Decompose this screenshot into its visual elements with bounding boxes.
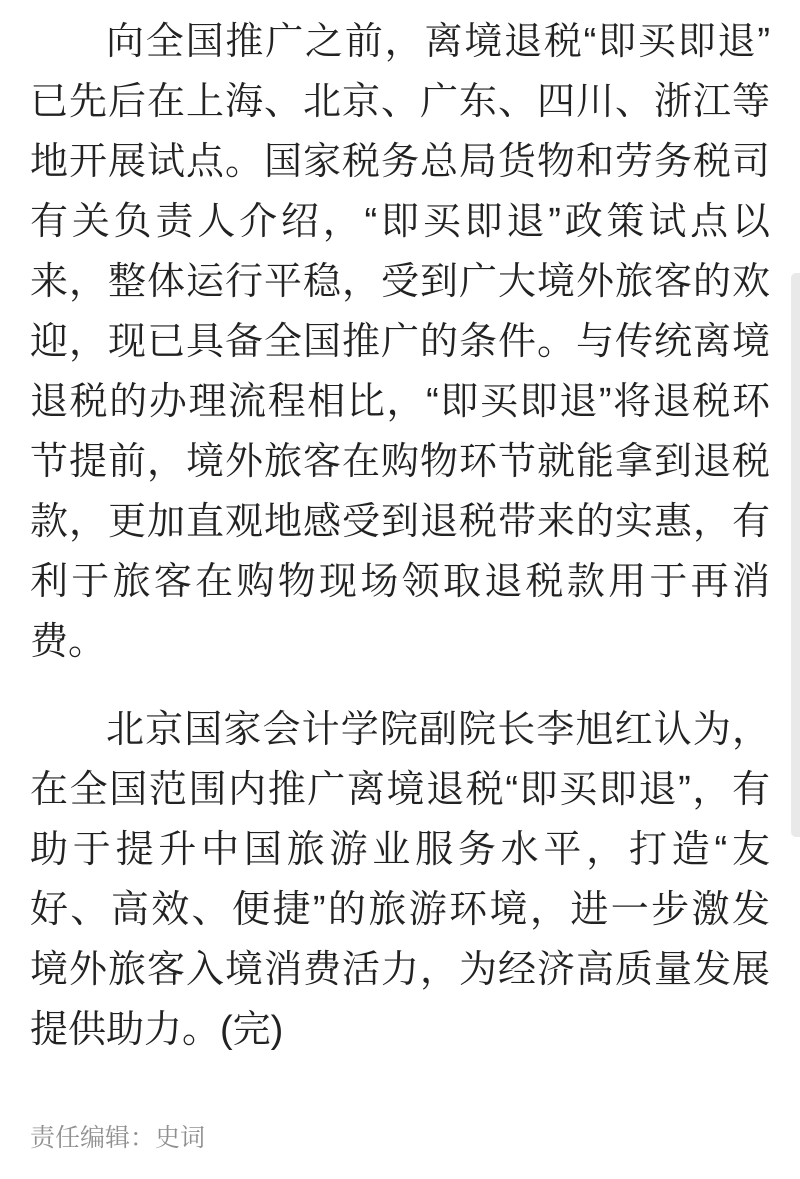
text-line: 境外旅客入境消费活力，为经济高质量发展 bbox=[30, 940, 770, 1000]
text-line: 好、高效、便捷”的旅游环境，进一步激发 bbox=[30, 880, 770, 940]
scrollbar-thumb[interactable] bbox=[791, 273, 800, 837]
article-body: 向全国推广之前，离境退税“即买即退”已先后在上海、北京、广东、四川、浙江等地开展… bbox=[30, 12, 770, 1060]
text-line: 地开展试点。国家税务总局货物和劳务税司 bbox=[30, 132, 770, 192]
text-line: 节提前，境外旅客在购物环节就能拿到退税 bbox=[30, 432, 770, 492]
text-line: 在全国范围内推广离境退税“即买即退”，有 bbox=[30, 760, 770, 820]
paragraph: 向全国推广之前，离境退税“即买即退”已先后在上海、北京、广东、四川、浙江等地开展… bbox=[30, 12, 770, 672]
text-line: 北京国家会计学院副院长李旭红认为， bbox=[30, 700, 770, 760]
text-line: 退税的办理流程相比，“即买即退”将退税环 bbox=[30, 372, 770, 432]
text-line: 已先后在上海、北京、广东、四川、浙江等 bbox=[30, 72, 770, 132]
editor-credit: 责任编辑：史词 bbox=[30, 1121, 205, 1155]
text-line: 款，更加直观地感受到退税带来的实惠，有 bbox=[30, 492, 770, 552]
text-line: 费。 bbox=[30, 612, 770, 672]
text-line: 提供助力。(完) bbox=[30, 1000, 770, 1060]
paragraph: 北京国家会计学院副院长李旭红认为，在全国范围内推广离境退税“即买即退”，有助于提… bbox=[30, 700, 770, 1060]
text-line: 向全国推广之前，离境退税“即买即退” bbox=[30, 12, 770, 72]
text-line: 利于旅客在购物现场领取退税款用于再消 bbox=[30, 552, 770, 612]
text-line: 助于提升中国旅游业服务水平，打造“友 bbox=[30, 820, 770, 880]
text-line: 有关负责人介绍，“即买即退”政策试点以 bbox=[30, 192, 770, 252]
text-line: 迎，现已具备全国推广的条件。与传统离境 bbox=[30, 312, 770, 372]
text-line: 来，整体运行平稳，受到广大境外旅客的欢 bbox=[30, 252, 770, 312]
